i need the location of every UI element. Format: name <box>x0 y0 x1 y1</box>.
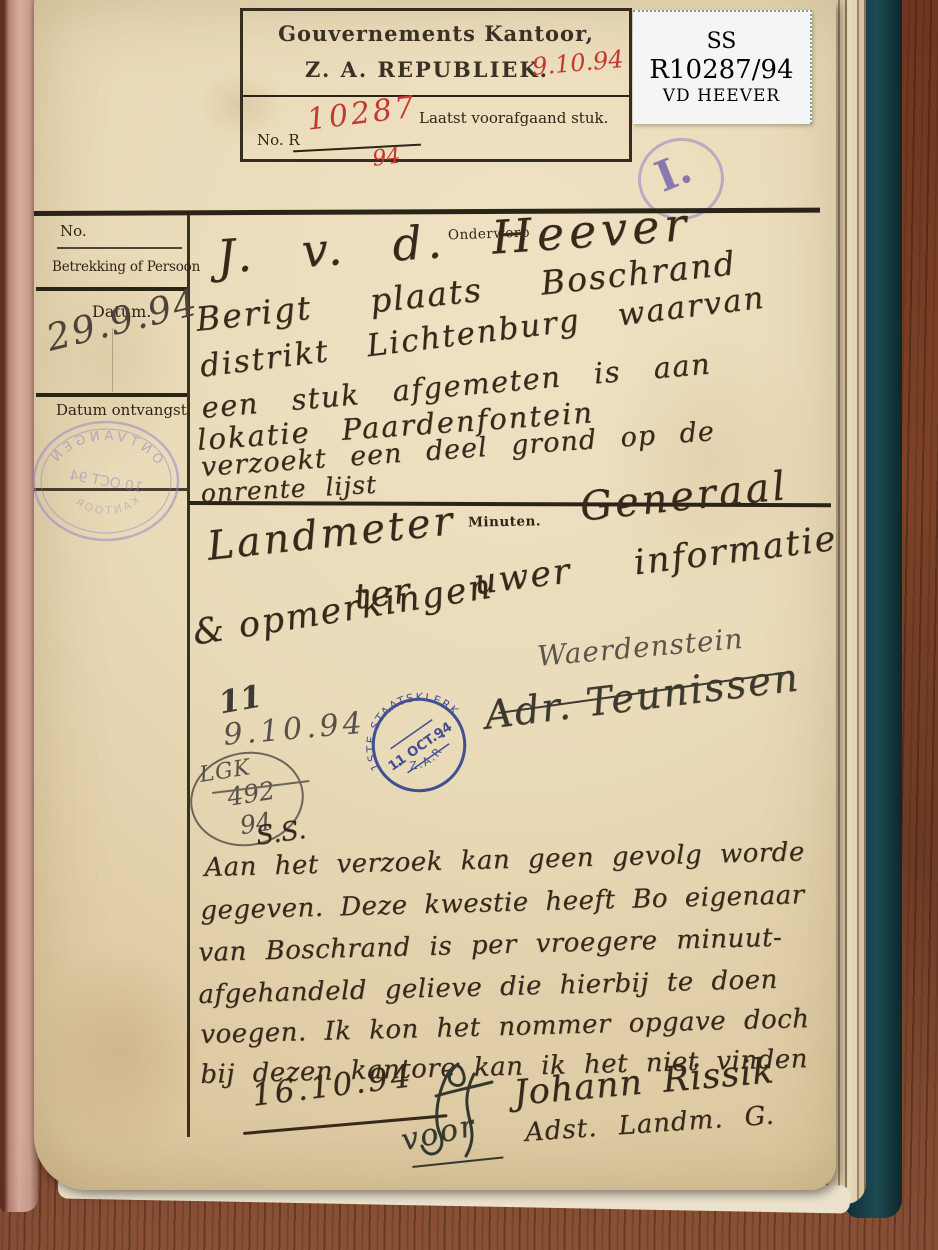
number-underline <box>293 144 421 153</box>
datum-bottom-rule <box>36 393 187 397</box>
received-stamp-bottom-text: KANTOOR <box>71 494 142 517</box>
sticker-series: SS <box>707 29 737 55</box>
archival-photo: Gouvernements Kantoor, Z. A. REPUBLIEK. … <box>0 0 938 1250</box>
reference-sticker: SS R10287/94 VD HEEVER <box>633 10 812 124</box>
republic-name: Z. A. REPUBLIEK. <box>305 57 549 82</box>
staatsklerk-stamp: 1STE STAATSKLERK • Z.A.R. • 11 OCT.94 <box>358 684 480 806</box>
header-box: Gouvernements Kantoor, Z. A. REPUBLIEK. … <box>240 8 632 162</box>
received-stamp-arc-text: ONTVANGEN <box>46 429 166 468</box>
last-preceding-label: Laatst voorafgaand stuk. <box>419 109 608 127</box>
received-stamp: ONTVANGEN KANTOOR 10 OCT 94 <box>28 414 184 548</box>
roman-one-glyph: I. <box>648 143 698 201</box>
no-label: No. <box>60 222 87 240</box>
number-year: 94 <box>371 144 402 172</box>
sticker-name: VD HEEVER <box>663 85 780 107</box>
form-vertical-rule <box>187 211 190 1137</box>
svg-text:KANTOOR: KANTOOR <box>71 494 142 517</box>
received-stamp-date: 10 OCT 94 <box>68 468 144 497</box>
sticker-number: R10287/94 <box>649 55 793 85</box>
number-label: No. R <box>257 131 300 149</box>
svg-text:ONTVANGEN: ONTVANGEN <box>46 429 166 468</box>
no-underline-rule <box>57 247 182 249</box>
betrekking-label: Betrekking of Persoon <box>52 259 200 275</box>
office-name: Gouvernements Kantoor, <box>243 21 629 46</box>
page-underneath-edge <box>0 0 38 1212</box>
header-box-divider <box>243 95 629 97</box>
red-register-date: 9.10.94 <box>531 45 625 81</box>
